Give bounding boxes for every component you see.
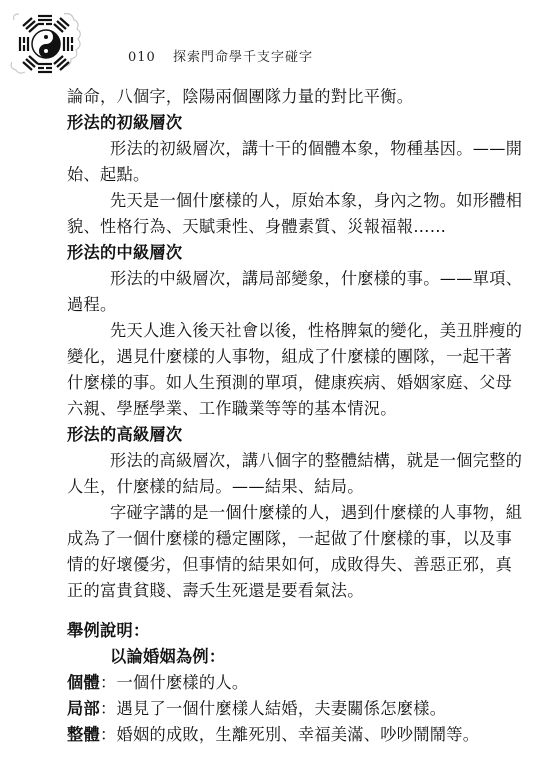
section-heading-intermediate: 形法的中級層次	[67, 240, 479, 266]
example-text: 一個什麼樣的人。	[116, 673, 248, 692]
spacer	[67, 604, 479, 618]
paragraph-line: 六親、學歷學業、工作職業等等的基本情況。	[67, 396, 479, 422]
paragraph-line: 先天人進入後天社會以後，性格脾氣的變化，美丑胖瘦的	[67, 318, 479, 344]
paragraph-line: 形法的初級層次，講十干的個體本象，物種基因。——開	[67, 136, 479, 162]
intro-line: 論命，八個字，陰陽兩個團隊力量的對比平衡。	[67, 84, 479, 110]
paragraph-line: 貌、性格行為、天賦秉性、身體素質、災報福報……	[67, 214, 479, 240]
bagua-yin-yang-icon	[8, 6, 84, 82]
example-label: 局部	[67, 699, 100, 718]
example-text: 婚姻的成敗，生離死別、幸福美滿、吵吵鬧鬧等。	[116, 725, 479, 744]
example-subheading: 以論婚姻為例：	[67, 644, 479, 670]
paragraph-line: 形法的中級層次，講局部變象，什麼樣的事。——單項、	[67, 266, 479, 292]
running-header: 010 探索門命學千支字碰字	[128, 46, 313, 65]
section-heading-basic: 形法的初級層次	[67, 110, 479, 136]
paragraph-line: 字碰字講的是一個什麼樣的人，遇到什麼樣的人事物，組	[67, 500, 479, 526]
paragraph-line: 先天是一個什麼樣的人，原始本象，身內之物。如形體相	[67, 188, 479, 214]
example-separator: ：	[100, 725, 117, 744]
example-separator: ：	[100, 699, 117, 718]
paragraph-line: 正的富貴貧賤、壽夭生死還是要看氣法。	[67, 578, 479, 604]
example-heading: 舉例說明：	[67, 618, 479, 644]
example-label: 個體	[67, 673, 100, 692]
example-separator: ：	[100, 673, 117, 692]
example-text: 遇見了一個什麼樣人結婚，夫妻關係怎麼樣。	[116, 699, 446, 718]
example-item-whole: 整體：婚姻的成敗，生離死別、幸福美滿、吵吵鬧鬧等。	[67, 722, 479, 748]
section-heading-advanced: 形法的高級層次	[67, 422, 479, 448]
page-number: 010	[128, 50, 156, 65]
paragraph-line: 過程。	[67, 292, 479, 318]
book-title: 探索門命學千支字碰字	[173, 50, 313, 65]
paragraph-line: 始、起點。	[67, 162, 479, 188]
paragraph-line: 情的好壞優劣，但事情的結果如何，成敗得失、善惡正邪，真	[67, 552, 479, 578]
paragraph-line: 什麼樣的事。如人生預測的單項，健康疾病、婚姻家庭、父母	[67, 370, 479, 396]
paragraph-line: 成為了一個什麼樣的穩定團隊，一起做了什麼樣的事，以及事	[67, 526, 479, 552]
example-item-individual: 個體：一個什麼樣的人。	[67, 670, 479, 696]
paragraph-line: 人生，什麼樣的結局。——結果、結局。	[67, 474, 479, 500]
paragraph-line: 變化，遇見什麼樣的人事物，組成了什麼樣的團隊，一起干著	[67, 344, 479, 370]
paragraph-line: 形法的高級層次，講八個字的整體結構，就是一個完整的	[67, 448, 479, 474]
example-item-partial: 局部：遇見了一個什麼樣人結婚，夫妻關係怎麼樣。	[67, 696, 479, 722]
example-label: 整體	[67, 725, 100, 744]
page-body: 論命，八個字，陰陽兩個團隊力量的對比平衡。 形法的初級層次 形法的初級層次，講十…	[67, 84, 479, 748]
